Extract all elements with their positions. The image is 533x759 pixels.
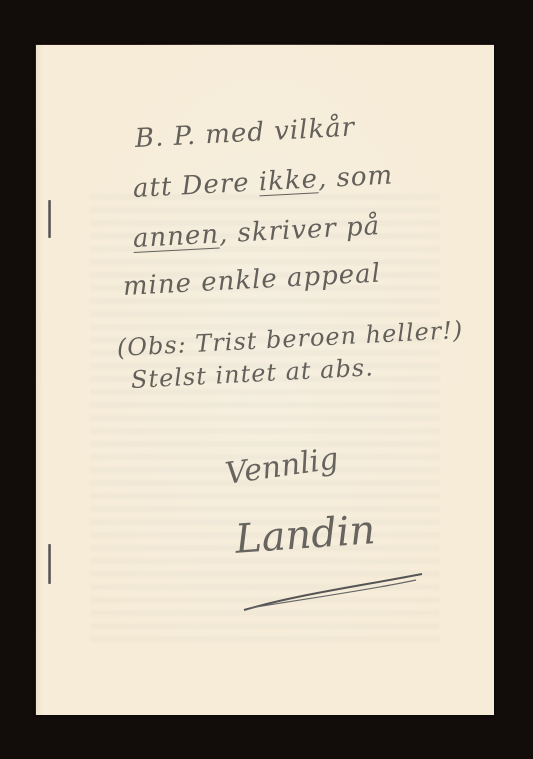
- note-underlined-word: ikke: [258, 164, 319, 197]
- closing-salutation: Vennlig: [223, 441, 340, 491]
- note-line-3: annen, skriver på: [132, 211, 381, 254]
- document-page: B. P. med vilkår att Dere ikke, som anne…: [35, 44, 494, 715]
- note-line-4: mine enkle appeal: [122, 259, 381, 302]
- note-text: (Obs: Trist beroen heller!): [116, 316, 464, 362]
- handwritten-note: B. P. med vilkår att Dere ikke, som anne…: [35, 44, 494, 715]
- note-line-5: (Obs: Trist beroen heller!): [116, 316, 464, 362]
- note-text: B. P. med vilkår: [134, 112, 356, 153]
- note-line-1: B. P. med vilkår: [134, 112, 356, 153]
- note-underlined-word: annen: [132, 220, 220, 254]
- note-text: att Dere: [132, 167, 259, 204]
- note-text: , som: [317, 160, 394, 194]
- note-text: mine enkle appeal: [122, 259, 381, 302]
- note-text: , skriver på: [218, 211, 381, 249]
- note-line-2: att Dere ikke, som: [132, 160, 394, 204]
- signature-flourish-icon: [240, 564, 430, 614]
- signature: Landin: [234, 507, 377, 563]
